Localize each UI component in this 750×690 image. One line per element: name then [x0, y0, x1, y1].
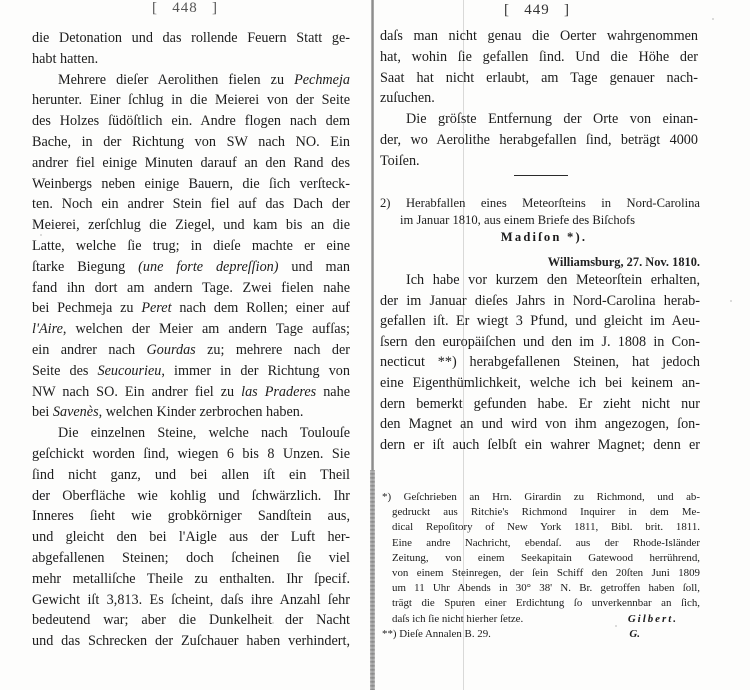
text-line: abgefallenen Steinen; doch ſcheinen ſie … [32, 548, 350, 569]
text-line: Saat hat nicht erlaubt, am Tage genauer … [380, 68, 698, 89]
right-page-continuation: daſs man nicht genau die Oerter wahrgeno… [380, 26, 698, 172]
footnote-line: *) Geſchrieben an Hrn. Girardin zu Richm… [380, 490, 700, 505]
footnote-line: Eine andre Nachricht, ebendaſ. aus der R… [380, 536, 700, 551]
text-line: Mehrere dieſer Aerolithen fielen zu Pech… [32, 70, 350, 91]
italic-place-name: las Praderes [241, 384, 316, 400]
footnote-line: trägt die Spuren einer Erdichtung ſo unv… [380, 596, 700, 611]
text-line: ten. Noch ein andrer Stein fiel auf das … [32, 194, 350, 215]
text-line: dern er iſt auch ſelbſt ein wahrer Magne… [380, 435, 700, 456]
text-line: andrer fiel einige Minuten darauf an den… [32, 153, 350, 174]
letter-dateline: Williamsburg, 27. Nov. 1810. [544, 255, 700, 270]
text-line: eine Eigenthümlichkeit, welche ich bei k… [380, 373, 700, 394]
footnote-line: gedruckt aus Ritchie's Richmond Inquirer… [380, 505, 700, 520]
text-line: Ich habe vor kurzem den Meteorſtein erha… [380, 270, 700, 291]
text-line: geſchickt worden ſind, wiegen 6 bis 8 Un… [32, 444, 350, 465]
footnote-line: Zeitung, von einem Seekapitain Gatewood … [380, 551, 700, 566]
italic-place-name: Peret [141, 300, 171, 316]
text-line: habt hatten. [32, 49, 350, 70]
scan-speck [40, 234, 42, 236]
text-line: der, wo Aerolithe herabgefallen ſind, be… [380, 130, 698, 151]
text-line: dern bemerkt gefunden habe. Er zieht nic… [380, 394, 700, 415]
text-line: Weinbergs neben einige Bauern, die ſich … [32, 174, 350, 195]
scan-speck [615, 625, 617, 627]
footnotes: *) Geſchrieben an Hrn. Girardin zu Richm… [380, 490, 700, 642]
text-line: die Detonation und das rollende Feuern S… [32, 28, 350, 49]
text-line: NW nach SO. Ein andrer fiel zu las Prade… [32, 382, 350, 403]
footnote-text: **) Dieſe Annalen B. 29. [382, 628, 491, 640]
text-line: ſtarke Biegung (une forte depreſſion) un… [32, 257, 350, 278]
text-line: und gleicht den bei l'Aigle aus der Luft… [32, 527, 350, 548]
scan-speck [712, 18, 714, 20]
text-line: Seite des Seucourieu, immer in der Richt… [32, 361, 350, 382]
text-line: l'Aire, welchen der Meier am andern Tage… [32, 319, 350, 340]
left-page-body: die Detonation und das rollende Feuern S… [32, 28, 350, 652]
text-line: ſind nicht ganz, und bei allen iſt ein T… [32, 465, 350, 486]
text-line: zuſuchen. [380, 88, 698, 109]
text-line: hat, wohin ſie gefallen ſind. Und die Hö… [380, 47, 698, 68]
text-line: Gewicht iſt 3,813. Es ſcheint, daſs ihre… [32, 590, 350, 611]
heading-line: im Januar 1810, aus einem Briefe des Biſ… [380, 212, 700, 229]
text-line: gefallen iſt. Er wiegt 3 Pfund, und glei… [380, 311, 700, 332]
section-separator-rule [514, 175, 568, 176]
text-line: ein andrer nach Gourdas zu; mehrere nach… [32, 340, 350, 361]
page-number-left: [ 448 ] [152, 0, 218, 17]
scan-speck [272, 622, 274, 624]
text-line: Die einzelnen Steine, welche nach Toulou… [32, 423, 350, 444]
letter-body: Ich habe vor kurzem den Meteorſtein erha… [380, 270, 700, 455]
text-line: bei Pechmeja zu Peret nach dem Rollen; e… [32, 298, 350, 319]
italic-place-name: Seucourieu [98, 363, 162, 379]
heading-author-line: Madiſon *). [380, 229, 700, 246]
text-line: Toiſen. [380, 151, 698, 172]
text-line: Inneres ſieht wie grobkörniger Sandſtein… [32, 506, 350, 527]
right-page: [ 449 ] daſs man nicht genau die Oerter … [374, 0, 750, 690]
text-line: des Holzes ſüdöſtlich ein. Andre flogen … [32, 111, 350, 132]
italic-place-name: Pechmeja [294, 72, 350, 88]
text-line: herunter. Einer ſchlug in die Meierei vo… [32, 90, 350, 111]
book-spread: [ 448 ] die Detonation und das rollende … [0, 0, 750, 690]
text-line: der Oberfläche wie kohlig und ſchwärzlic… [32, 486, 350, 507]
text-line: bedeutend war; aber die Dunkelheit der N… [32, 610, 350, 631]
footnote-line: um 11 Uhr Abends in 30° 38' N. Br. getro… [380, 581, 700, 596]
footnote-signature: G. [629, 627, 640, 642]
scan-speck [730, 300, 732, 302]
section-heading: 2) Herabfallen eines Meteorſteins in Nor… [380, 195, 700, 246]
footnote-line: daſs ich ſie nicht hierher ſetze.Gilbert… [380, 612, 700, 627]
footnote-line: von einem Steinregen, der ſein Schiff de… [380, 566, 700, 581]
footnote-line: dical Repoſitory of New York 1811, Bibl.… [380, 520, 700, 535]
text-line: mehr metalliſche Theile zu enthalten. Ih… [32, 569, 350, 590]
italic-place-name: Savenès [53, 404, 99, 420]
text-line: den Magnet an und wird von ihm angezogen… [380, 414, 700, 435]
page-number-right: [ 449 ] [504, 2, 570, 19]
text-line: ſsern den europäiſchen und den im J. 180… [380, 332, 700, 353]
italic-place-name: l'Aire [32, 321, 63, 337]
text-line: Bache, in der Richtung von SW nach NO. E… [32, 132, 350, 153]
italic-phrase: (une forte depreſſion) [138, 259, 278, 275]
footnote-signature: Gilbert. [628, 612, 678, 627]
text-line: necticut **) herabgefallenen Steinen, ha… [380, 352, 700, 373]
text-line: fand ihn dort am andern Tage. Zwei fiele… [32, 278, 350, 299]
heading-line: 2) Herabfallen eines Meteorſteins in Nor… [380, 195, 700, 212]
text-line: daſs man nicht genau die Oerter wahrgeno… [380, 26, 698, 47]
text-line: bei Savenès, welchen Kinder zerbrochen h… [32, 402, 350, 423]
text-line: Latte, welche ſie trug; in dieſe machte … [32, 236, 350, 257]
italic-place-name: Gourdas [147, 342, 196, 358]
footnote-text: daſs ich ſie nicht hierher ſetze. [392, 613, 523, 625]
text-line: und das Schrecken der Zuſchauer haben ve… [32, 631, 350, 652]
text-line: Die gröſste Entfernung der Orte von eina… [380, 109, 698, 130]
text-line: der im Januar dieſes Jahrs in Nord-Carol… [380, 291, 700, 312]
footnote-line: **) Dieſe Annalen B. 29.G. [380, 627, 700, 642]
left-page: [ 448 ] die Detonation und das rollende … [0, 0, 372, 690]
text-line: Meierei, zerſchlug die Ziegel, und kam b… [32, 215, 350, 236]
